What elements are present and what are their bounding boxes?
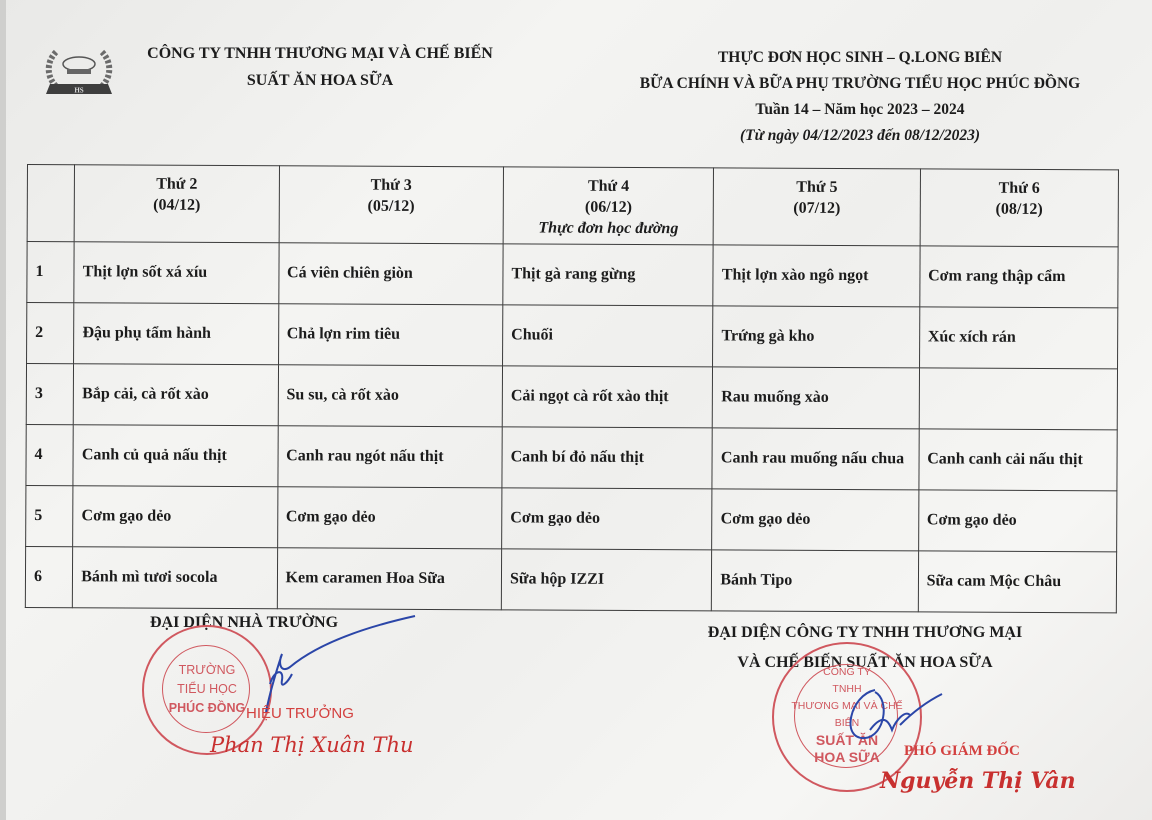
menu-cell: Sữa cam Mộc Châu (918, 551, 1117, 613)
paper-edge (0, 0, 6, 820)
menu-document: HS CÔNG TY TNHH THƯƠNG MẠI VÀ CHẾ BIẾN S… (0, 0, 1152, 820)
menu-cell: Cá viên chiên giòn (278, 243, 503, 305)
menu-cell: Canh bí đỏ nấu thịt (502, 427, 713, 489)
table-row: 6Bánh mì tươi socolaKem caramen Hoa SữaS… (25, 546, 1116, 612)
menu-cell: Thịt gà rang gừng (503, 244, 714, 306)
menu-cell: Canh canh cải nấu thịt (919, 429, 1118, 491)
header-day-cell: Thứ 2(04/12) (74, 165, 279, 243)
menu-title-block: THỰC ĐƠN HỌC SINH – Q.LONG BIÊN BỮA CHÍN… (600, 45, 1120, 149)
row-number: 6 (25, 546, 73, 607)
week-label: Tuần 14 – Năm học 2023 – 2024 (600, 97, 1120, 123)
table-row: 2Đậu phụ tẩm hànhChả lợn rim tiêuChuốiTr… (27, 303, 1118, 369)
header-day-cell: Thứ 4(06/12)Thực đơn học đường (503, 167, 714, 245)
menu-cell: Canh củ quả nấu thịt (73, 425, 278, 487)
menu-title: THỰC ĐƠN HỌC SINH – Q.LONG BIÊN (600, 45, 1120, 71)
header-corner-cell (27, 165, 75, 242)
menu-cell: Cơm gạo dẻo (73, 486, 278, 548)
menu-cell: Chả lợn rim tiêu (278, 304, 503, 366)
svg-text:HS: HS (74, 87, 83, 95)
menu-cell: Trứng gà kho (713, 306, 920, 368)
menu-cell: Cơm gạo dẻo (918, 490, 1117, 552)
header-day-cell: Thứ 3(05/12) (279, 166, 504, 244)
header-day-cell: Thứ 6(08/12) (920, 169, 1119, 247)
menu-cell: Cơm rang thập cẩm (920, 246, 1119, 308)
company-name-line2: SUẤT ĂN HOA SỮA (120, 67, 520, 94)
menu-cell: Bắp cải, cà rốt xào (74, 364, 279, 426)
day-note: Thực đơn học đường (512, 217, 705, 239)
menu-cell: Cải ngọt cà rốt xào thịt (502, 366, 713, 428)
wreath-logo-icon: HS (42, 44, 116, 102)
table-row: 1Thịt lợn sốt xá xíuCá viên chiên giònTh… (27, 242, 1118, 308)
menu-cell: Xúc xích rán (919, 307, 1118, 369)
date-range: (Từ ngày 04/12/2023 đến 08/12/2023) (600, 123, 1120, 149)
table-row: 5Cơm gạo dẻoCơm gạo dẻoCơm gạo dẻoCơm gạ… (26, 485, 1117, 551)
menu-cell: Rau muống xào (713, 367, 920, 429)
row-number: 1 (27, 242, 75, 303)
menu-table: Thứ 2(04/12) Thứ 3(05/12) Thứ 4(06/12)Th… (25, 164, 1119, 613)
school-role: HIỆU TRƯỞNG (246, 705, 354, 722)
menu-cell: Su su, cà rốt xào (278, 365, 503, 427)
menu-subtitle: BỮA CHÍNH VÀ BỮA PHỤ TRƯỜNG TIỂU HỌC PHÚ… (600, 71, 1120, 97)
table-row: 4Canh củ quả nấu thịtCanh rau ngót nấu t… (26, 424, 1117, 490)
company-signatory-name: Nguyễn Thị Vân (880, 768, 1076, 794)
table-header-row: Thứ 2(04/12) Thứ 3(05/12) Thứ 4(06/12)Th… (27, 165, 1118, 247)
menu-cell: Bánh mì tươi socola (73, 547, 278, 609)
menu-cell: Chuối (503, 305, 714, 367)
menu-cell: Cơm gạo dẻo (502, 488, 713, 550)
table-row: 3Bắp cải, cà rốt xàoSu su, cà rốt xàoCải… (26, 364, 1117, 430)
company-header: CÔNG TY TNHH THƯƠNG MẠI VÀ CHẾ BIẾN SUẤT… (120, 40, 520, 94)
menu-cell: Canh rau ngót nấu thịt (278, 426, 503, 488)
menu-cell: Sữa hộp IZZI (501, 549, 712, 611)
header-day-cell: Thứ 5(07/12) (713, 168, 920, 246)
row-number: 5 (26, 485, 74, 546)
menu-cell: Bánh Tipo (712, 550, 919, 612)
row-number: 4 (26, 424, 74, 485)
menu-cell: Thịt lợn xào ngô ngọt (713, 245, 920, 307)
menu-cell (919, 368, 1118, 430)
menu-cell: Đậu phụ tẩm hành (74, 303, 279, 365)
row-number: 3 (26, 364, 74, 425)
menu-cell: Cơm gạo dẻo (712, 489, 919, 551)
menu-cell: Kem caramen Hoa Sữa (277, 548, 502, 610)
menu-cell: Thịt lợn sốt xá xíu (74, 242, 279, 304)
menu-cell: Canh rau muống nấu chua (712, 428, 919, 490)
company-role: PHÓ GIÁM ĐỐC (904, 743, 1020, 760)
menu-cell: Cơm gạo dẻo (277, 487, 502, 549)
school-signatory-name: Phan Thị Xuân Thu (210, 733, 414, 757)
company-name-line1: CÔNG TY TNHH THƯƠNG MẠI VÀ CHẾ BIẾN (120, 40, 520, 67)
row-number: 2 (27, 303, 75, 364)
